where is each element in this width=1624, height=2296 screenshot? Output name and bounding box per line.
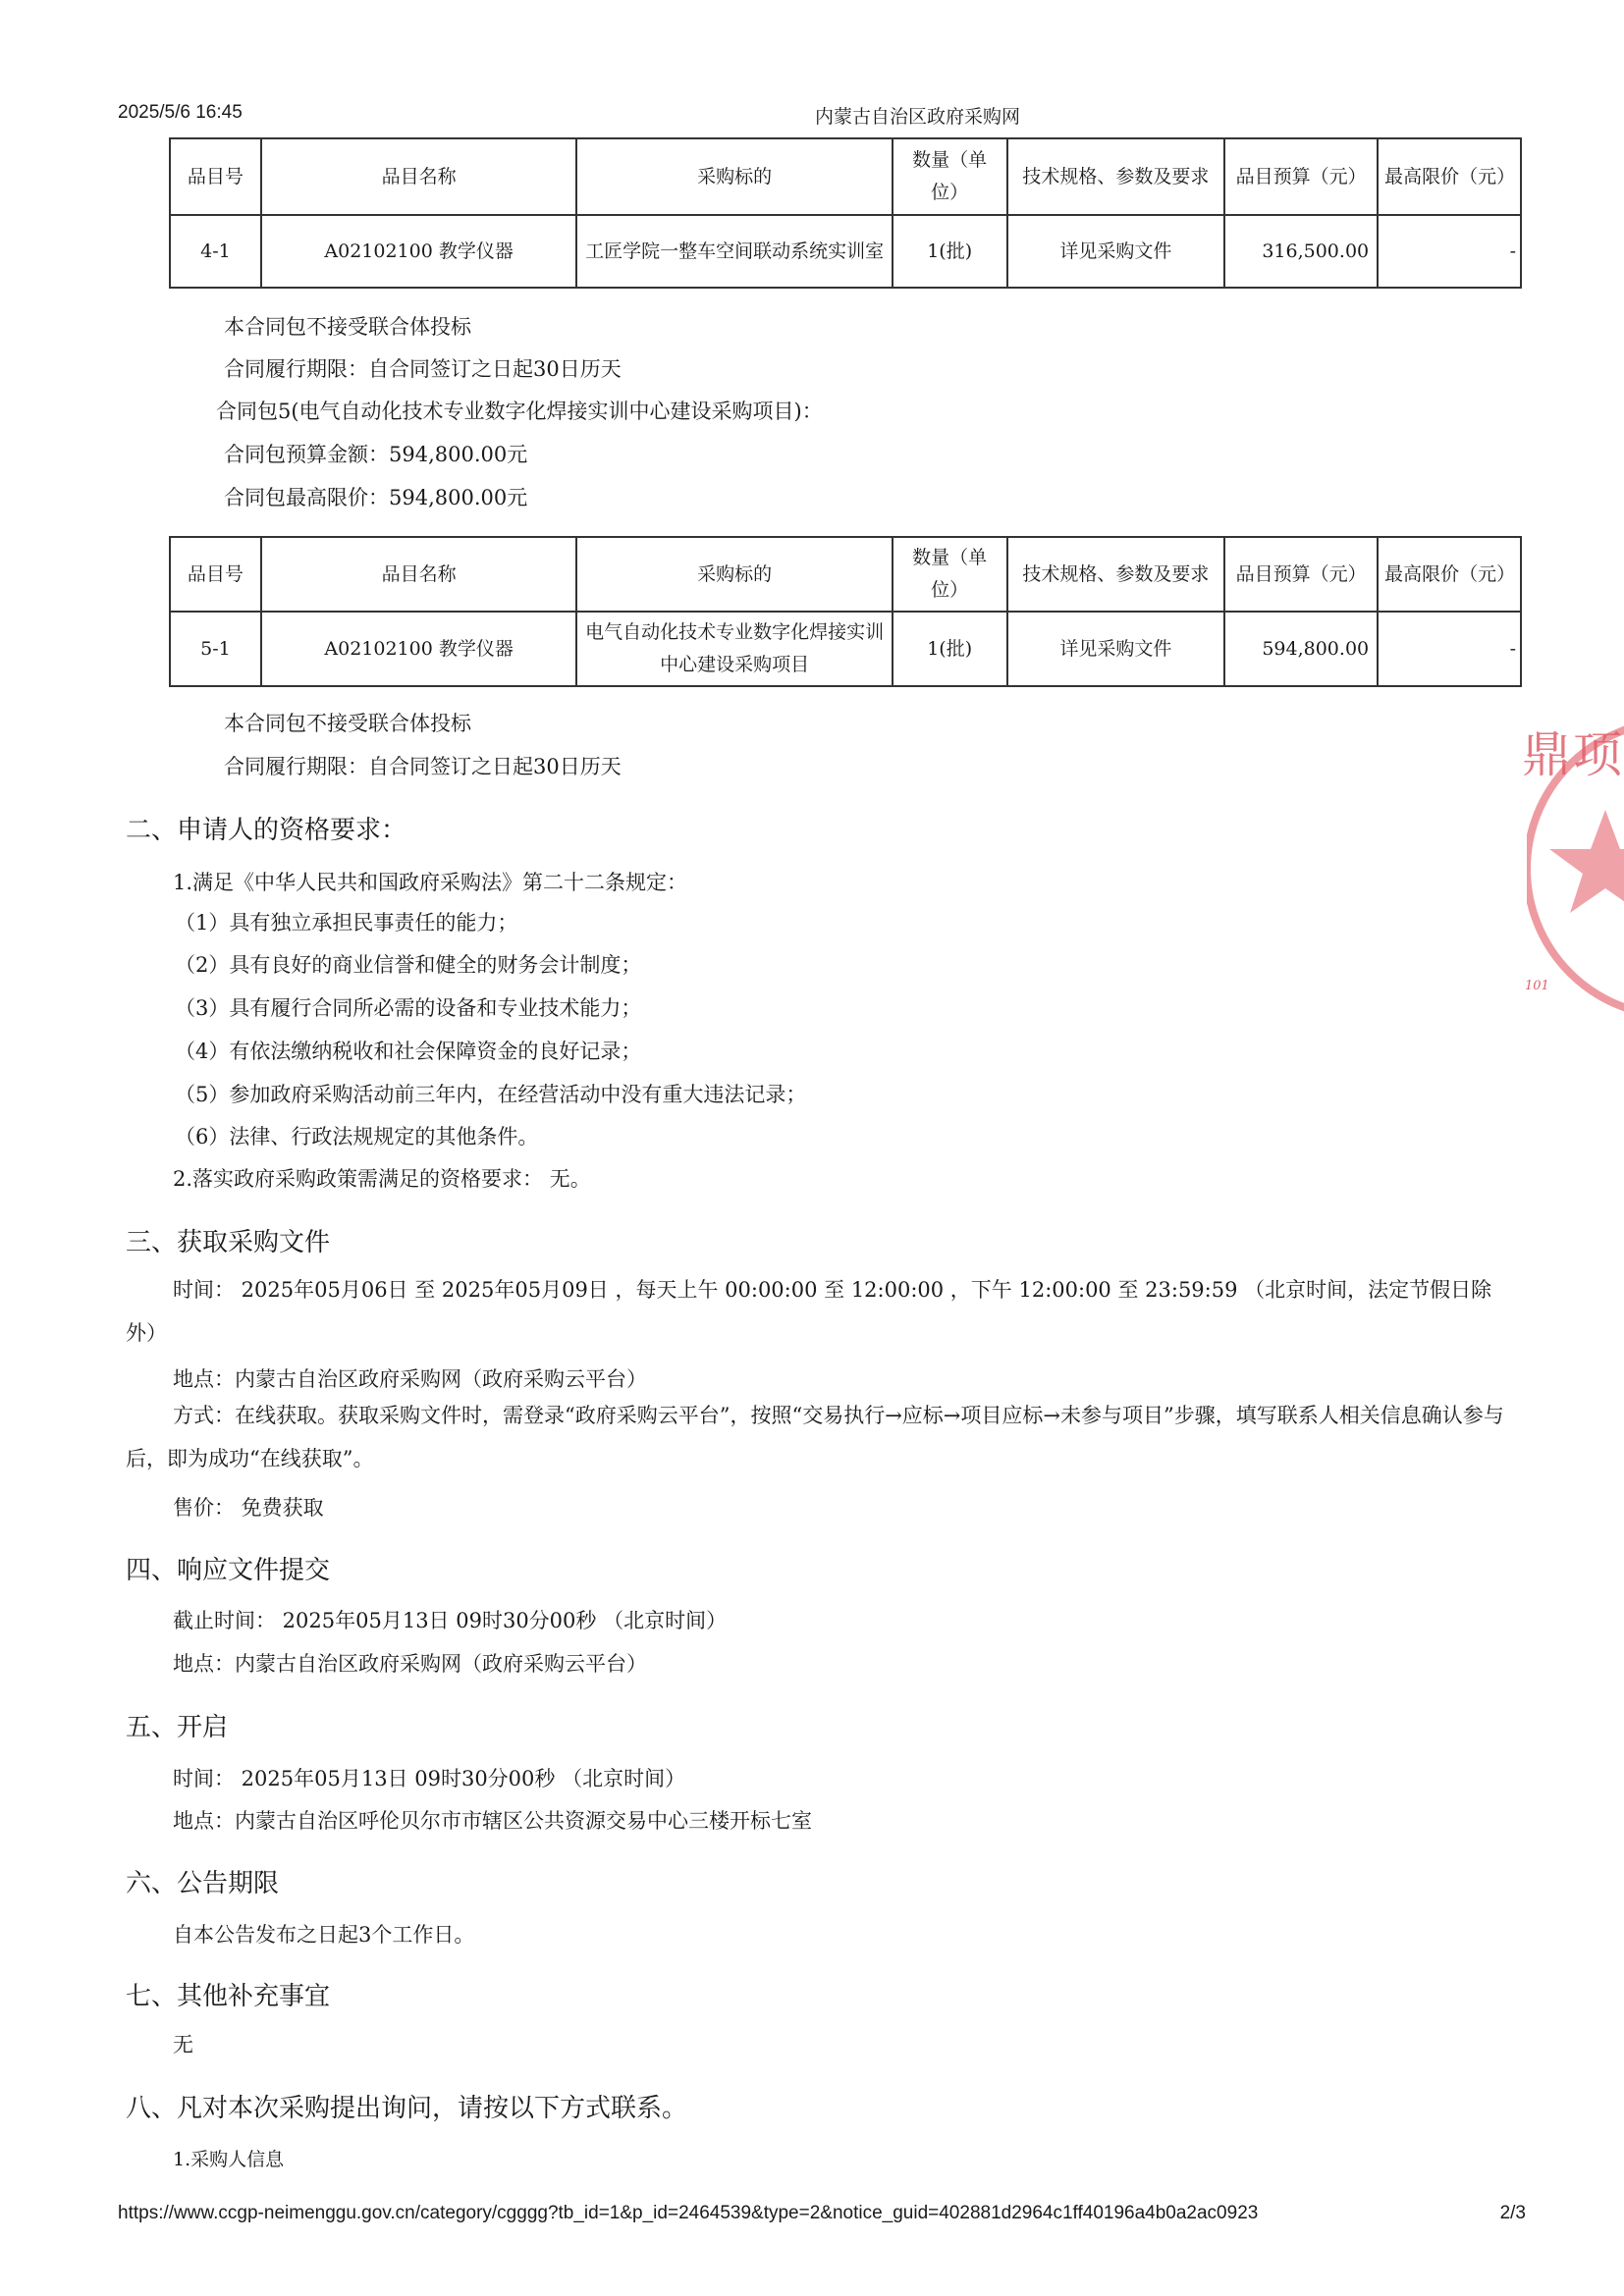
item-name: A02102100 教学仪器 [261,215,577,288]
package5-max-price: 合同包最高限价：594,800.00元 [224,483,527,512]
condition-1: （1）具有独立承担民事责任的能力； [175,908,517,937]
col-max-price: 最高限价（元） [1378,138,1521,215]
section6-heading: 六、公告期限 [126,1869,279,1898]
section3-heading: 三、获取采购文件 [126,1228,330,1257]
item-budget: 316,500.00 [1224,215,1378,288]
section8-heading: 八、凡对本次采购提出询问，请按以下方式联系。 [126,2094,687,2123]
item-quantity: 1(批) [893,612,1007,686]
col-spec: 技术规格、参数及要求 [1007,138,1225,215]
package5-no-consortium: 本合同包不接受联合体投标 [224,709,471,738]
item-max-price: - [1378,612,1521,686]
package5-period: 合同履行期限：自合同签订之日起30日历天 [224,752,622,781]
section4-deadline: 截止时间： 2025年05月13日 09时30分00秒 （北京时间） [173,1606,727,1635]
package5-title: 合同包5(电气自动化技术专业数字化焊接实训中心建设采购项目)： [216,397,823,426]
item-budget: 594,800.00 [1224,612,1378,686]
section3-time: 时间： 2025年05月06日 至 2025年05月09日 ，每天上午 00:0… [126,1268,1520,1355]
item-target: 工匠学院一整车空间联动系统实训室 [576,215,892,288]
print-timestamp: 2025/5/6 16:45 [118,102,243,124]
package5-budget: 合同包预算金额：594,800.00元 [224,440,527,469]
col-item-name: 品目名称 [261,537,577,612]
col-item-no: 品目号 [170,138,261,215]
table-header-row: 品目号 品目名称 采购标的 数量（单位） 技术规格、参数及要求 品目预算（元） … [170,138,1521,215]
item-spec: 详见采购文件 [1007,612,1225,686]
col-quantity: 数量（单位） [893,138,1007,215]
table-row: 5-1 A02102100 教学仪器 电气自动化技术专业数字化焊接实训中心建设采… [170,612,1521,686]
section7-content: 无 [173,2030,193,2059]
section6-content: 自本公告发布之日起3个工作日。 [173,1920,474,1949]
condition-4: （4）有依法缴纳税收和社会保障资金的良好记录； [175,1037,641,1066]
official-seal: 鼎项 101 [1527,702,1624,1036]
item-max-price: - [1378,215,1521,288]
condition-2: （2）具有良好的商业信誉和健全的财务会计制度； [175,950,641,980]
item-no: 4-1 [170,215,261,288]
table-header-row: 品目号 品目名称 采购标的 数量（单位） 技术规格、参数及要求 品目预算（元） … [170,537,1521,612]
section4-heading: 四、响应文件提交 [126,1556,330,1585]
condition-6: （6）法律、行政法规规定的其他条件。 [175,1122,538,1151]
print-header: 2025/5/6 16:45 内蒙古自治区政府采购网 [118,102,1506,130]
col-budget: 品目预算（元） [1224,138,1378,215]
section3-method: 方式：在线获取。获取采购文件时，需登录“政府采购云平台”，按照“交易执行→应标→… [126,1394,1520,1480]
condition-3: （3）具有履行合同所必需的设备和专业技术能力； [175,993,641,1023]
section2-item1: 1.满足《中华人民共和国政府采购法》第二十二条规定： [173,868,687,897]
col-max-price: 最高限价（元） [1378,537,1521,612]
section2-heading: 二、申请人的资格要求： [126,816,406,845]
section2-item2: 2.落实政府采购政策需满足的资格要求： 无。 [173,1164,591,1194]
section3-price: 售价： 免费获取 [173,1493,324,1522]
item-no: 5-1 [170,612,261,686]
seal-text: 鼎项 [1522,716,1624,786]
col-quantity: 数量（单位） [893,537,1007,612]
col-spec: 技术规格、参数及要求 [1007,537,1225,612]
package4-no-consortium: 本合同包不接受联合体投标 [224,312,471,342]
item-target: 电气自动化技术专业数字化焊接实训中心建设采购项目 [576,612,892,686]
section7-heading: 七、其他补充事宜 [126,1982,330,2011]
section5-place: 地点：内蒙古自治区呼伦贝尔市市辖区公共资源交易中心三楼开标七室 [173,1806,812,1836]
table-row: 4-1 A02102100 教学仪器 工匠学院一整车空间联动系统实训室 1(批)… [170,215,1521,288]
package5-items-table: 品目号 品目名称 采购标的 数量（单位） 技术规格、参数及要求 品目预算（元） … [169,536,1522,687]
col-item-no: 品目号 [170,537,261,612]
section3-place: 地点：内蒙古自治区政府采购网（政府采购云平台） [173,1364,647,1394]
page-number: 2/3 [1500,2203,1526,2224]
section8-item1: 1.采购人信息 [173,2145,284,2174]
section5-time: 时间： 2025年05月13日 09时30分00秒 （北京时间） [173,1764,685,1793]
col-target: 采购标的 [576,537,892,612]
col-budget: 品目预算（元） [1224,537,1378,612]
section4-place: 地点：内蒙古自治区政府采购网（政府采购云平台） [173,1649,647,1679]
item-quantity: 1(批) [893,215,1007,288]
col-target: 采购标的 [576,138,892,215]
package4-period: 合同履行期限：自合同签订之日起30日历天 [224,354,622,384]
condition-5: （5）参加政府采购活动前三年内，在经营活动中没有重大违法记录； [175,1080,806,1109]
section5-heading: 五、开启 [126,1713,228,1742]
seal-number: 101 [1525,979,1549,993]
col-item-name: 品目名称 [261,138,577,215]
site-title: 内蒙古自治区政府采购网 [815,102,1020,129]
page-url: https://www.ccgp-neimenggu.gov.cn/catego… [118,2203,1258,2224]
item-spec: 详见采购文件 [1007,215,1225,288]
item-name: A02102100 教学仪器 [261,612,577,686]
package4-items-table: 品目号 品目名称 采购标的 数量（单位） 技术规格、参数及要求 品目预算（元） … [169,137,1522,289]
